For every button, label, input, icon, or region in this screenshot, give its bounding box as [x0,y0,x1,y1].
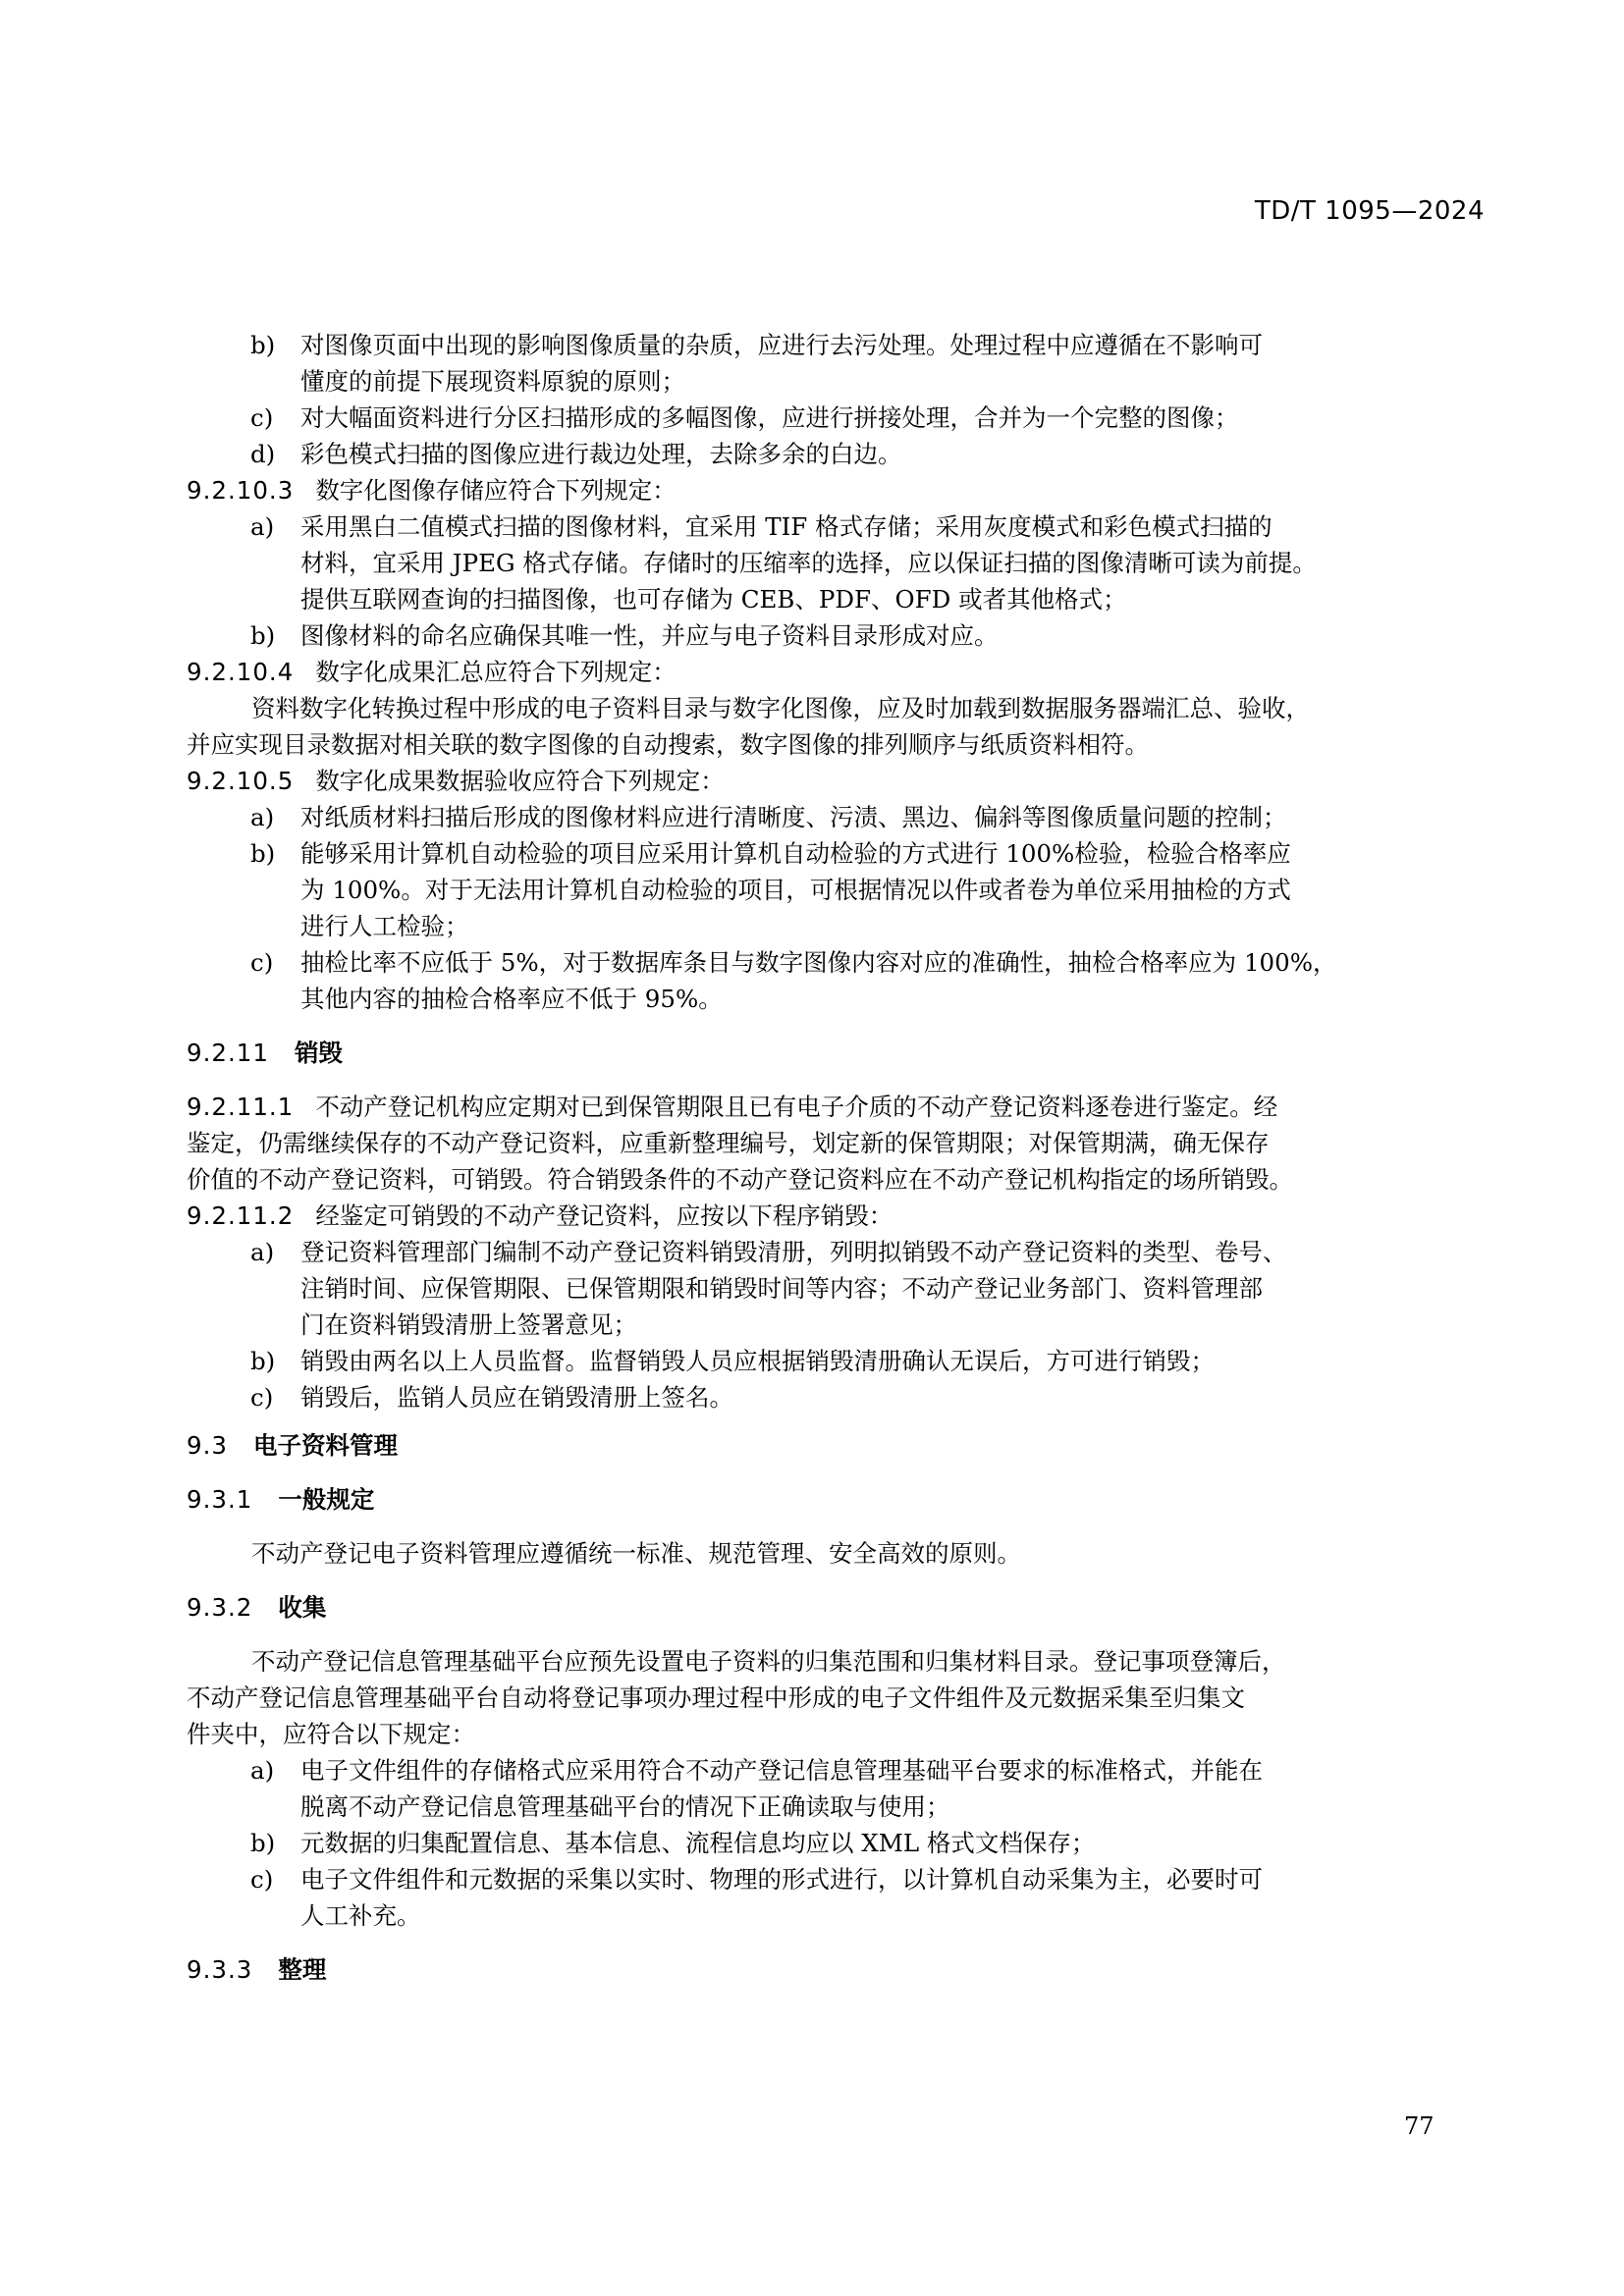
list-item-d-crop: d) 彩色模式扫描的图像应进行裁边处理，去除多余的白边。 [187,436,1490,472]
paragraph-summary: 资料数字化转换过程中形成的电子资料目录与数字化图像，应及时加载到数据服务器端汇总… [187,690,1490,763]
list-item-a-quality: a) 对纸质材料扫描后形成的图像材料应进行清晰度、污渍、黑边、偏斜等图像质量问题… [187,799,1490,835]
list-item-c-signature: c) 销毁后，监销人员应在销毁清册上签名。 [187,1379,1490,1415]
clause-title: 数字化成果汇总应符合下列规定： [315,658,677,686]
list-line: 采用黑白二值模式扫描的图像材料，宜采用 TIF 格式存储；采用灰度模式和彩色模式… [300,508,1490,545]
clause-title: 数字化成果数据验收应符合下列规定： [315,767,725,795]
list-line: 提供互联网查询的扫描图像，也可存储为 CEB、PDF、OFD 或者其他格式； [300,581,1490,617]
list-line: 登记资料管理部门编制不动产登记资料销毁清册，列明拟销毁不动产登记资料的类型、卷号… [300,1234,1490,1270]
list-label: b) [250,617,275,654]
standard-code-header: TD/T 1095—2024 [1255,196,1485,226]
clause-title: 数字化图像存储应符合下列规定： [315,476,677,505]
section-title: 收集 [278,1593,326,1622]
list-line: 其他内容的抽检合格率应不低于 95%。 [300,981,1490,1017]
list-item-c-stitch: c) 对大幅面资料进行分区扫描形成的多幅图像，应进行拼接处理，合并为一个完整的图… [187,400,1490,436]
paragraph-line: 并应实现目录数据对相关联的数字图像的自动搜索，数字图像的排列顺序与纸质资料相符。 [187,726,1490,763]
section-heading-9-3-3: 9.3.3整理 [187,1951,1490,1988]
section-number: 9.2.11 [187,1039,269,1067]
section-number: 9.3.1 [187,1485,252,1514]
paragraph-line: 不动产登记机构应定期对已到保管期限且已有电子介质的不动产登记资料逐卷进行鉴定。经 [315,1093,1277,1121]
clause-9-2-10-3: 9.2.10.3数字化图像存储应符合下列规定： [187,472,1490,508]
list-item-b-auto-check: b) 能够采用计算机自动检验的项目应采用计算机自动检验的方式进行 100%检验，… [187,835,1490,944]
list-line: 图像材料的命名应确保其唯一性，并应与电子资料目录形成对应。 [300,617,1490,654]
section-heading-9-3: 9.3电子资料管理 [187,1427,1490,1464]
clause-9-2-11-2: 9.2.11.2经鉴定可销毁的不动产登记资料，应按以下程序销毁： [187,1198,1490,1234]
page-number: 77 [1404,2112,1435,2140]
clause-number: 9.2.11.2 [187,1201,294,1230]
list-label: c) [250,944,273,981]
clause-number: 9.2.10.3 [187,476,294,505]
list-label: c) [250,1379,273,1415]
list-label: b) [250,327,275,363]
list-line: 抽检比率不应低于 5%，对于数据库条目与数字图像内容对应的准确性，抽检合格率应为… [300,944,1490,981]
section-number: 9.3.3 [187,1955,252,1984]
section-title: 一般规定 [278,1485,374,1514]
list-label: a) [250,508,274,545]
clause-number: 9.2.11.1 [187,1093,294,1121]
list-line: 彩色模式扫描的图像应进行裁边处理，去除多余的白边。 [300,436,1490,472]
paragraph-line: 不动产登记电子资料管理应遵循统一标准、规范管理、安全高效的原则。 [187,1535,1490,1572]
list-line: 脱离不动产登记信息管理基础平台的情况下正确读取与使用； [300,1789,1490,1825]
list-item-b-cleanup: b) 对图像页面中出现的影响图像质量的杂质，应进行去污处理。处理过程中应遵循在不… [187,327,1490,400]
list-label: d) [250,436,275,472]
clause-number: 9.2.10.5 [187,767,294,795]
paragraph-line: 不动产登记信息管理基础平台自动将登记事项办理过程中形成的电子文件组件及元数据采集… [187,1680,1490,1716]
list-line: 懂度的前提下展现资料原貌的原则； [300,363,1490,400]
section-heading-9-3-2: 9.3.2收集 [187,1589,1490,1626]
paragraph-line: 鉴定，仍需继续保存的不动产登记资料，应重新整理编号，划定新的保管期限；对保管期满… [187,1125,1490,1161]
list-line: 电子文件组件的存储格式应采用符合不动产登记信息管理基础平台要求的标准格式，并能在 [300,1752,1490,1789]
clause-number: 9.2.10.4 [187,658,294,686]
list-label: b) [250,1825,275,1861]
paragraph-line: 不动产登记信息管理基础平台应预先设置电子资料的归集范围和归集材料目录。登记事项登… [187,1643,1490,1680]
list-line: 门在资料销毁清册上签署意见； [300,1307,1490,1343]
list-line: 注销时间、应保管期限、已保管期限和销毁时间等内容；不动产登记业务部门、资料管理部 [300,1270,1490,1307]
section-title: 销毁 [295,1039,343,1067]
list-label: c) [250,400,273,436]
paragraph-general-rule: 不动产登记电子资料管理应遵循统一标准、规范管理、安全高效的原则。 [187,1535,1490,1572]
list-line: 对图像页面中出现的影响图像质量的杂质，应进行去污处理。处理过程中应遵循在不影响可 [300,327,1490,363]
clause-9-2-10-4: 9.2.10.4数字化成果汇总应符合下列规定： [187,654,1490,690]
section-number: 9.3 [187,1431,228,1460]
list-label: b) [250,835,275,872]
list-label: a) [250,1234,274,1270]
list-line: 材料，宜采用 JPEG 格式存储。存储时的压缩率的选择，应以保证扫描的图像清晰可… [300,545,1490,581]
list-item-c-realtime-collection: c) 电子文件组件和元数据的采集以实时、物理的形式进行，以计算机自动采集为主，必… [187,1861,1490,1934]
paragraph-collection: 不动产登记信息管理基础平台应预先设置电子资料的归集范围和归集材料目录。登记事项登… [187,1643,1490,1752]
list-item-a-file-format: a) 电子文件组件的存储格式应采用符合不动产登记信息管理基础平台要求的标准格式，… [187,1752,1490,1825]
clause-9-2-11-1: 9.2.11.1不动产登记机构应定期对已到保管期限且已有电子介质的不动产登记资料… [187,1089,1490,1198]
list-label: a) [250,799,274,835]
list-label: c) [250,1861,273,1897]
list-line: 销毁由两名以上人员监督。监督销毁人员应根据销毁清册确认无误后，方可进行销毁； [300,1343,1490,1379]
list-line: 元数据的归集配置信息、基本信息、流程信息均应以 XML 格式文档保存； [300,1825,1490,1861]
list-item-b-xml-metadata: b) 元数据的归集配置信息、基本信息、流程信息均应以 XML 格式文档保存； [187,1825,1490,1861]
list-line: 对大幅面资料进行分区扫描形成的多幅图像，应进行拼接处理，合并为一个完整的图像； [300,400,1490,436]
list-line: 为 100%。对于无法用计算机自动检验的项目，可根据情况以件或者卷为单位采用抽检… [300,872,1490,908]
list-label: b) [250,1343,275,1379]
list-item-c-sampling: c) 抽检比率不应低于 5%，对于数据库条目与数字图像内容对应的准确性，抽检合格… [187,944,1490,1017]
list-item-b-supervision: b) 销毁由两名以上人员监督。监督销毁人员应根据销毁清册确认无误后，方可进行销毁… [187,1343,1490,1379]
section-title: 电子资料管理 [253,1431,398,1460]
list-item-a-storage-format: a) 采用黑白二值模式扫描的图像材料，宜采用 TIF 格式存储；采用灰度模式和彩… [187,508,1490,617]
document-body: b) 对图像页面中出现的影响图像质量的杂质，应进行去污处理。处理过程中应遵循在不… [187,327,1490,1988]
section-heading-9-2-11: 9.2.11销毁 [187,1035,1490,1071]
list-label: a) [250,1752,274,1789]
clause-title: 经鉴定可销毁的不动产登记资料，应按以下程序销毁： [315,1201,893,1230]
list-line: 销毁后，监销人员应在销毁清册上签名。 [300,1379,1490,1415]
list-line: 进行人工检验； [300,908,1490,944]
list-item-b-naming: b) 图像材料的命名应确保其唯一性，并应与电子资料目录形成对应。 [187,617,1490,654]
clause-9-2-10-5: 9.2.10.5数字化成果数据验收应符合下列规定： [187,763,1490,799]
paragraph-line: 资料数字化转换过程中形成的电子资料目录与数字化图像，应及时加载到数据服务器端汇总… [187,690,1490,726]
list-line: 对纸质材料扫描后形成的图像材料应进行清晰度、污渍、黑边、偏斜等图像质量问题的控制… [300,799,1490,835]
list-line: 能够采用计算机自动检验的项目应采用计算机自动检验的方式进行 100%检验，检验合… [300,835,1490,872]
list-line: 电子文件组件和元数据的采集以实时、物理的形式进行，以计算机自动采集为主，必要时可 [300,1861,1490,1897]
section-number: 9.3.2 [187,1593,252,1622]
list-item-a-destruction-register: a) 登记资料管理部门编制不动产登记资料销毁清册，列明拟销毁不动产登记资料的类型… [187,1234,1490,1343]
paragraph-line: 件夹中，应符合以下规定： [187,1716,1490,1752]
paragraph-line: 价值的不动产登记资料，可销毁。符合销毁条件的不动产登记资料应在不动产登记机构指定… [187,1161,1490,1198]
section-heading-9-3-1: 9.3.1一般规定 [187,1481,1490,1518]
section-title: 整理 [278,1955,326,1984]
list-line: 人工补充。 [300,1897,1490,1934]
